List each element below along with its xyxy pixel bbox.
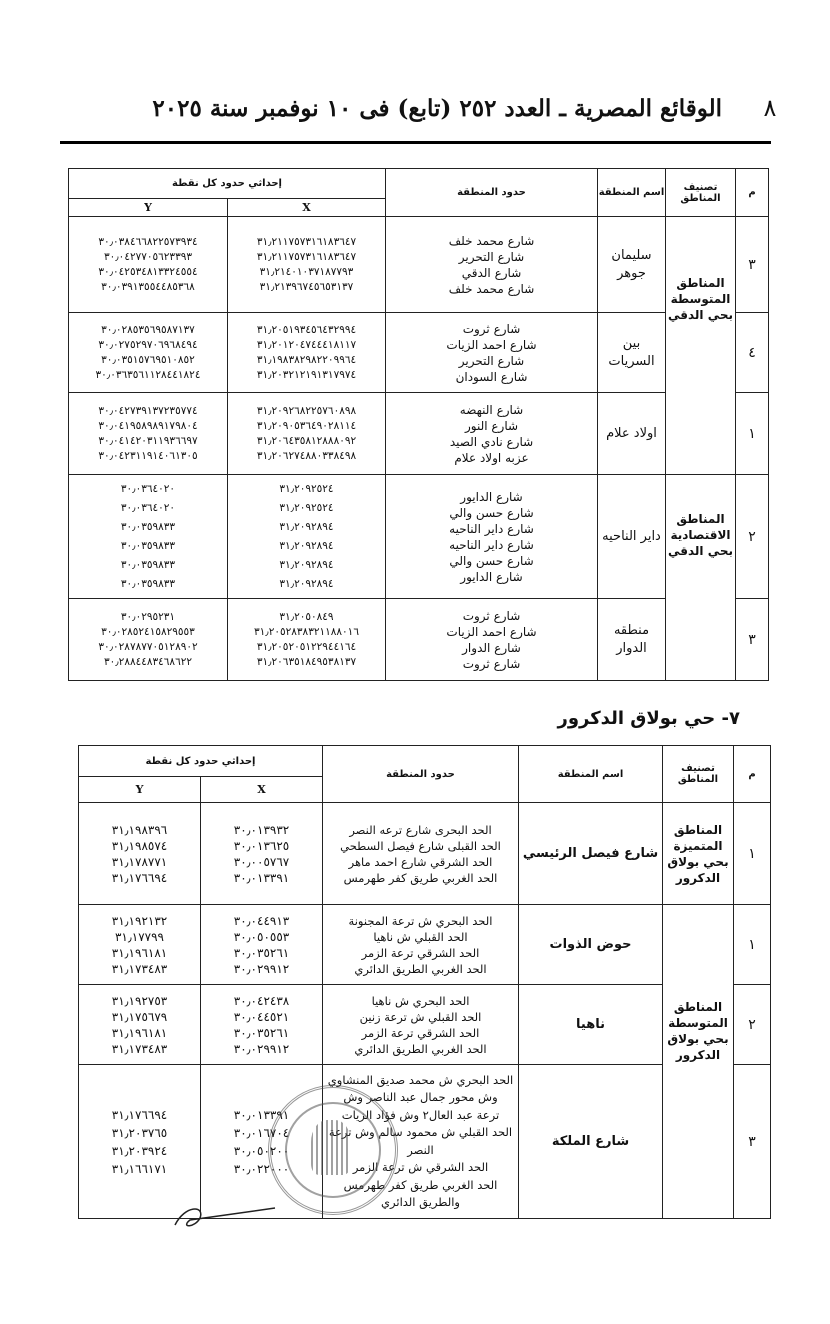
eagle-emblem-icon: [311, 1120, 351, 1175]
section-title-bulaq: ٧- حي بولاق الدكرور: [557, 708, 740, 729]
boundaries-cell: شارع ثروتشارع احمد الزياتشارع الدوارشارع…: [386, 599, 598, 681]
boundaries-cell: شارع محمد خلفشارع التحريرشارع الدقيشارع …: [386, 217, 598, 313]
classification-cell: المناطق المتوسطة بحي الدقي: [666, 217, 736, 475]
row-index: ١: [734, 803, 771, 905]
col-header-index: م: [734, 746, 771, 803]
area-name: بين السريات: [598, 313, 666, 393]
y-coords-cell: ٣٠٫٠٢٨٥٣٥٦٩٥٨٧١٣٧٣٠٫٠٢٧٥٢٩٧٠٦٩٦٨٤٩٤٣٠٫٠٣…: [69, 313, 228, 393]
col-header-boundaries: حدود المنطقة: [323, 746, 519, 803]
table-row: ١ المناطق المتوسطة بحي بولاق الدكرور حوض…: [79, 905, 771, 985]
y-coords-cell: ٣٠٫٠٤٢٧٣٩١٣٧٢٣٥٧٧٤٣٠٫٠٤١٩٥٨٩٨٩١٧٩٨٠٤٣٠٫٠…: [69, 393, 228, 475]
boundaries-cell: الحد البحرى شارع ترعه النصرالحد القبلى ش…: [323, 803, 519, 905]
y-coords-cell: ٣١٫١٩٨٣٩٦٣١٫١٩٨٥٧٤٣١٫١٧٨٧٧١٣١٫١٧٦٦٩٤: [79, 803, 201, 905]
area-name: شارع الملكة: [519, 1065, 663, 1219]
x-coords-cell: ٣١٫٢٠٥١٩٣٤٥٦٤٣٢٩٩٤٣١٫٢٠١٢٠٤٧٤٤٤١٨١١٧٣١٫١…: [228, 313, 386, 393]
x-coords-cell: ٣١٫٢١١٧٥٧٣١٦١٨٣٦٤٧٣١٫٢١١٧٥٧٣١٦١٨٣٦٤٧٣١٫٢…: [228, 217, 386, 313]
row-index: ١: [734, 905, 771, 985]
table-row: ١ المناطق المتميزة بحي بولاق الدكرور شار…: [79, 803, 771, 905]
col-header-classification: تصنيف المناطق: [666, 169, 736, 217]
row-index: ١: [736, 393, 769, 475]
area-name: حوض الذوات: [519, 905, 663, 985]
official-seal-stamp: [268, 1085, 398, 1215]
header-rule: [60, 141, 771, 144]
y-coords-cell: ٣٠٫٠٣٨٤٦٦٨٢٢٥٧٣٩٣٤٣٠٫٠٤٢٧٧٠٥٦٢٣٣٩٣٣٠٫٠٤٢…: [69, 217, 228, 313]
table-row: ٣ منطقه الدوار شارع ثروتشارع احمد الزيات…: [69, 599, 769, 681]
gazette-title: الوقائع المصرية ـ العدد ٢٥٢ (تابع) فى ١٠…: [152, 95, 722, 122]
col-header-area-name: اسم المنطقة: [519, 746, 663, 803]
row-index: ٢: [734, 985, 771, 1065]
table-row: ٢ المناطق الاقتصادية بحي الدقي داير النا…: [69, 475, 769, 599]
col-header-x: X: [228, 199, 386, 217]
x-coords-cell: ٣٠٫٠١٣٩٣٢٣٠٫٠١٣٦٢٥٣٠٫٠٠٥٧٦٧٣٠٫٠١٣٣٩١: [201, 803, 323, 905]
page-header: ٨ الوقائع المصرية ـ العدد ٢٥٢ (تابع) فى …: [100, 86, 780, 130]
x-coords-cell: ٣١٫٢٠٩٢٦٨٢٢٥٧٦٠٨٩٨٣١٫٢٠٩٠٥٣٦٤٩٠٢٨١١٤٣١٫٢…: [228, 393, 386, 475]
col-header-coords: إحداثي حدود كل نقطة: [79, 746, 323, 777]
boundaries-cell: الحد البحري ش ترعة المجنونةالحد القبلي ش…: [323, 905, 519, 985]
col-header-x: X: [201, 777, 323, 803]
boundaries-cell: شارع ثروتشارع احمد الزياتشارع التحريرشار…: [386, 313, 598, 393]
col-header-y: Y: [69, 199, 228, 217]
classification-cell: المناطق الاقتصادية بحي الدقي: [666, 475, 736, 681]
page-number: ٨: [760, 94, 780, 122]
row-index: ٢: [736, 475, 769, 599]
col-header-coords: إحداثي حدود كل نقطة: [69, 169, 386, 199]
classification-cell: المناطق المتميزة بحي بولاق الدكرور: [663, 803, 734, 905]
area-name: منطقه الدوار: [598, 599, 666, 681]
row-index: ٣: [734, 1065, 771, 1219]
row-index: ٣: [736, 217, 769, 313]
x-coords-cell: ٣٠٫٠٤٢٤٣٨٣٠٫٠٤٤٥٢١٣٠٫٠٣٥٢٦١٣٠٫٠٢٩٩١٢: [201, 985, 323, 1065]
x-coords-cell: ٣٠٫٠٤٤٩١٣٣٠٫٠٥٠٥٥٣٣٠٫٠٣٥٢٦١٣٠٫٠٢٩٩١٢: [201, 905, 323, 985]
area-name: شارع فيصل الرئيسي: [519, 803, 663, 905]
col-header-index: م: [736, 169, 769, 217]
area-name: سليمان جوهر: [598, 217, 666, 313]
y-coords-cell: ٣٠٫٠٢٩٥٢٣١٣٠٫٠٢٨٥٢٤١٥٨٢٩٥٥٣٣٠٫٠٢٨٧٨٧٧٠٥١…: [69, 599, 228, 681]
row-index: ٤: [736, 313, 769, 393]
col-header-area-name: اسم المنطقة: [598, 169, 666, 217]
table-row: ١ اولاد علام شارع النهضهشارع النورشارع ن…: [69, 393, 769, 475]
table-row: ٣ المناطق المتوسطة بحي الدقي سليمان جوهر…: [69, 217, 769, 313]
y-coords-cell: ٣١٫١٩٢٧٥٣٣١٫١٧٥٦٧٩٣١٫١٩٦١٨١٣١٫١٧٣٤٨٣: [79, 985, 201, 1065]
y-coords-cell: ٣١٫١٧٦٦٩٤٣١٫٢٠٣٧٦٥٣١٫٢٠٣٩٢٤٣١٫١٦٦١٧١: [79, 1065, 201, 1219]
table-row: ٤ بين السريات شارع ثروتشارع احمد الزياتش…: [69, 313, 769, 393]
zones-table-dokki: م تصنيف المناطق اسم المنطقة حدود المنطقة…: [68, 168, 769, 681]
signature-mark: [170, 1200, 280, 1230]
area-name: داير الناحيه: [598, 475, 666, 599]
col-header-y: Y: [79, 777, 201, 803]
x-coords-cell: ٣١٫٢٠٩٢٥٢٤٣١٫٢٠٩٢٥٢٤٣١٫٢٠٩٢٨٩٤٣١٫٢٠٩٢٨٩٤…: [228, 475, 386, 599]
y-coords-cell: ٣١٫١٩٢١٣٢٣١٫١٧٧٩٩٣١٫١٩٦١٨١٣١٫١٧٣٤٨٣: [79, 905, 201, 985]
col-header-boundaries: حدود المنطقة: [386, 169, 598, 217]
area-name: اولاد علام: [598, 393, 666, 475]
classification-cell: المناطق المتوسطة بحي بولاق الدكرور: [663, 905, 734, 1219]
area-name: ناهيا: [519, 985, 663, 1065]
boundaries-cell: الحد البحري ش ناهياالحد القبلي ش ترعة زن…: [323, 985, 519, 1065]
boundaries-cell: شارع النهضهشارع النورشارع نادي الصيدعزبه…: [386, 393, 598, 475]
x-coords-cell: ٣١٫٢٠٥٠٨٤٩٣١٫٢٠٥٢٨٣٨٣٢١١٨٨٠١٦٣١٫٢٠٥٢٠٥١٢…: [228, 599, 386, 681]
y-coords-cell: ٣٠٫٠٣٦٤٠٢٠٣٠٫٠٣٦٤٠٢٠٣٠٫٠٣٥٩٨٣٣٣٠٫٠٣٥٩٨٣٣…: [69, 475, 228, 599]
col-header-classification: تصنيف المناطق: [663, 746, 734, 803]
zones-table-bulaq: م تصنيف المناطق اسم المنطقة حدود المنطقة…: [78, 745, 771, 1219]
boundaries-cell: شارع الدايورشارع حسن واليشارع داير الناح…: [386, 475, 598, 599]
row-index: ٣: [736, 599, 769, 681]
